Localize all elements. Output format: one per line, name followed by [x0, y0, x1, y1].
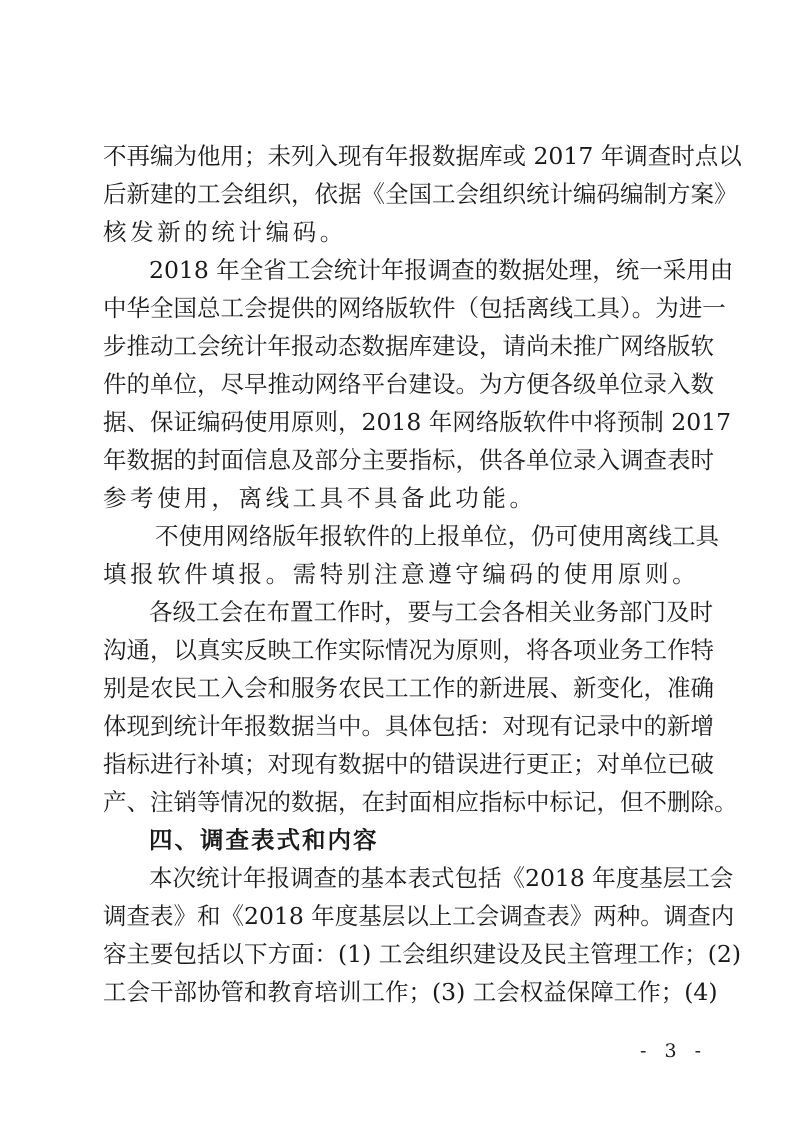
page-number: - 3 - [640, 1040, 707, 1062]
text-line: 后新建的工会组织，依据《全国工会组织统计编码编制方案》 [103, 175, 695, 213]
document-body: 不再编为他用；未列入现有年报数据库或 2017 年调查时点以 后新建的工会组织，… [103, 137, 695, 1011]
text-line: 调查表》和《2018 年度基层以上工会调查表》两种。调查内 [103, 897, 695, 935]
text-line: 容主要包括以下方面：(1) 工会组织建设及民主管理工作；(2) [103, 935, 695, 973]
section-heading: 四、调查表式和内容 [103, 821, 695, 859]
text-line: 指标进行补填；对现有数据中的错误进行更正；对单位已破 [103, 745, 695, 783]
text-line: 核发新的统计编码。 [103, 213, 695, 251]
text-line: 年数据的封面信息及部分主要指标，供各单位录入调查表时 [103, 441, 695, 479]
text-line: 工会干部协管和教育培训工作；(3) 工会权益保障工作；(4) [103, 973, 695, 1011]
document-page: 不再编为他用；未列入现有年报数据库或 2017 年调查时点以 后新建的工会组织，… [0, 0, 793, 1122]
text-line: 步推动工会统计年报动态数据库建设，请尚未推广网络版软 [103, 327, 695, 365]
text-line: 填报软件填报。需特别注意遵守编码的使用原则。 [103, 555, 695, 593]
paragraph-start: 本次统计年报调查的基本表式包括《2018 年度基层工会 [103, 859, 695, 897]
text-line: 中华全国总工会提供的网络版软件（包括离线工具）。为进一 [103, 289, 695, 327]
paragraph-start: 不使用网络版年报软件的上报单位，仍可使用离线工具 [103, 517, 695, 555]
text-line: 体现到统计年报数据当中。具体包括：对现有记录中的新增 [103, 707, 695, 745]
text-line: 件的单位，尽早推动网络平台建设。为方便各级单位录入数 [103, 365, 695, 403]
text-line: 沟通，以真实反映工作实际情况为原则，将各项业务工作特 [103, 631, 695, 669]
text-line: 产、注销等情况的数据，在封面相应指标中标记，但不删除。 [103, 783, 695, 821]
text-line: 据、保证编码使用原则，2018 年网络版软件中将预制 2017 [103, 403, 695, 441]
paragraph-start: 各级工会在布置工作时，要与工会各相关业务部门及时 [103, 593, 695, 631]
text-line: 参考使用，离线工具不具备此功能。 [103, 479, 695, 517]
text-line: 别是农民工入会和服务农民工工作的新进展、新变化，准确 [103, 669, 695, 707]
paragraph-start: 2018 年全省工会统计年报调查的数据处理，统一采用由 [103, 251, 695, 289]
text-line: 不再编为他用；未列入现有年报数据库或 2017 年调查时点以 [103, 137, 695, 175]
